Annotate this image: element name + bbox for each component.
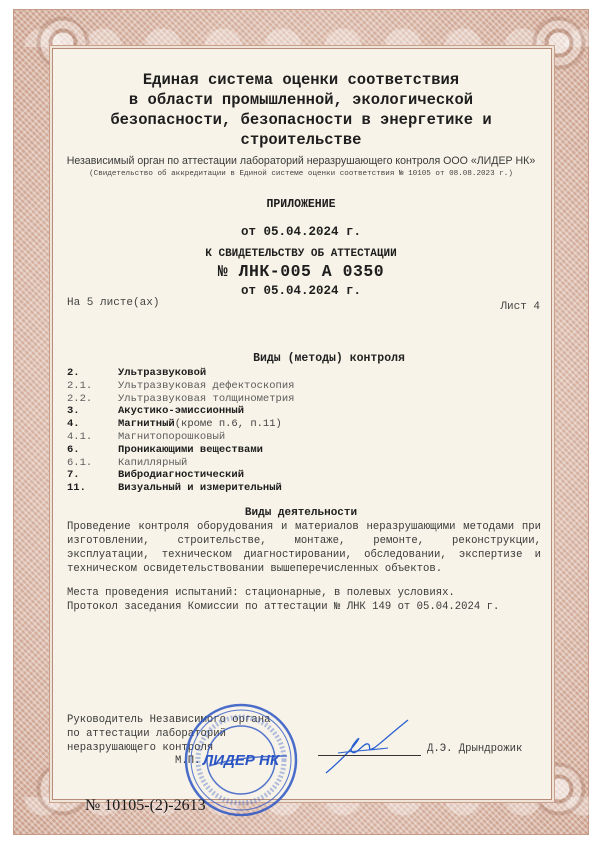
certificate-number: № ЛНК-005 А 0350 <box>52 262 550 281</box>
method-number: 2.2. <box>67 393 118 406</box>
method-number: 2. <box>67 367 118 380</box>
appendix-label: ПРИЛОЖЕНИЕ <box>52 198 550 211</box>
activities-heading: Виды деятельности <box>52 507 550 519</box>
method-item: 7.Вибродиагностический <box>67 469 294 482</box>
method-number: 6. <box>67 444 118 457</box>
signer-name: Д.Э. Дрындрожик <box>427 743 522 755</box>
activities-text: Проведение контроля оборудования и матер… <box>67 520 541 576</box>
issuing-organization: Независимый орган по аттестации лаборато… <box>52 155 550 167</box>
method-number: 7. <box>67 469 118 482</box>
appendix-date: от 05.04.2024 г. <box>52 225 550 239</box>
document-title: Единая система оценки соответствия в обл… <box>52 70 550 150</box>
method-item: 11.Визуальный и измерительный <box>67 482 294 495</box>
registration-number: № 10105-(2)-2613 <box>85 797 206 815</box>
method-note: (кроме п.6, п.11) <box>175 418 282 431</box>
sheet-number: Лист 4 <box>500 301 540 313</box>
title-line: в области промышленной, экологической <box>52 90 550 110</box>
sheets-total: На 5 листе(ах) <box>67 297 159 309</box>
title-line: безопасности, безопасности в энергетике … <box>52 110 550 130</box>
title-line: Единая система оценки соответствия <box>52 70 550 90</box>
method-label: Магнитный <box>118 418 175 431</box>
methods-list: 2.Ультразвуковой2.1.Ультразвуковая дефек… <box>67 367 294 495</box>
testing-places: Места проведения испытаний: стационарные… <box>67 586 541 600</box>
method-label: Визуальный и измерительный <box>118 482 282 495</box>
certificate-reference: К СВИДЕТЕЛЬСТВУ ОБ АТТЕСТАЦИИ <box>52 248 550 260</box>
method-number: 4. <box>67 418 118 431</box>
method-item: 4.Магнитный (кроме п.6, п.11) <box>67 418 294 431</box>
method-number: 6.1. <box>67 457 118 470</box>
method-label: Проникающими веществами <box>118 444 263 457</box>
methods-heading: Виды (методы) контроля <box>52 352 550 365</box>
method-item: 6.1.Капиллярный <box>67 457 294 470</box>
method-item: 2.1.Ультразвуковая дефектоскопия <box>67 380 294 393</box>
method-label: Вибродиагностический <box>118 469 244 482</box>
method-number: 2.1. <box>67 380 118 393</box>
method-number: 11. <box>67 482 118 495</box>
method-label: Магнитопорошковый <box>118 431 225 444</box>
method-item: 2.Ультразвуковой <box>67 367 294 380</box>
method-item: 3.Акустико-эмиссионный <box>67 405 294 418</box>
method-label: Ультразвуковой <box>118 367 206 380</box>
signature-line <box>318 755 421 756</box>
method-number: 3. <box>67 405 118 418</box>
commission-protocol: Протокол заседания Комиссии по аттестаци… <box>67 600 541 614</box>
method-item: 2.2.Ультразвуковая толщинометрия <box>67 393 294 406</box>
method-number: 4.1. <box>67 431 118 444</box>
method-label: Акустико-эмиссионный <box>118 405 244 418</box>
method-item: 6.Проникающими веществами <box>67 444 294 457</box>
certificate-date: от 05.04.2024 г. <box>52 284 550 298</box>
method-label: Ультразвуковая дефектоскопия <box>118 380 294 393</box>
frame-guilloche-top <box>13 9 589 47</box>
handwritten-signature-icon <box>318 718 428 778</box>
method-label: Капиллярный <box>118 457 187 470</box>
method-label: Ультразвуковая толщинометрия <box>118 393 294 406</box>
method-item: 4.1.Магнитопорошковый <box>67 431 294 444</box>
title-line: строительстве <box>52 130 550 150</box>
accreditation-note: (Свидетельство об аккредитации в Единой … <box>52 170 550 178</box>
